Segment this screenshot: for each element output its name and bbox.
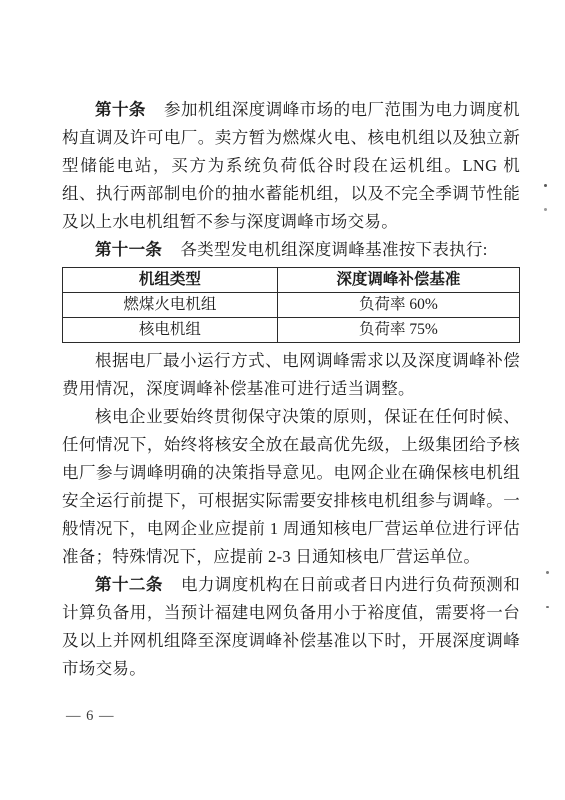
table-header-benchmark: 深度调峰补偿基准 (277, 268, 519, 293)
nuclear-safety-paragraph: 核电企业要始终贯彻保守决策的原则，保证在任何时候、任何情况下，始终将核安全放在最… (62, 403, 520, 571)
article-12-paragraph: 第十二条电力调度机构在日前或者日内进行负荷预测和计算负备用，当预计福建电网负备用… (62, 571, 520, 683)
table-cell-benchmark: 负荷率 60% (277, 293, 519, 318)
adjustment-paragraph: 根据电厂最小运行方式、电网调峰需求以及深度调峰补偿费用情况，深度调峰补偿基准可进… (62, 347, 520, 403)
table-row: 燃煤火电机组 负荷率 60% (63, 293, 520, 318)
nuclear-safety-text: 核电企业要始终贯彻保守决策的原则，保证在任何时候、任何情况下，始终将核安全放在最… (62, 407, 520, 566)
article-11-text: 各类型发电机组深度调峰基准按下表执行: (180, 240, 487, 259)
table-header-unit-type: 机组类型 (63, 268, 278, 293)
table-cell-benchmark: 负荷率 75% (277, 318, 519, 343)
scan-speckle (544, 208, 547, 211)
scan-speckle (546, 606, 549, 608)
compensation-benchmark-table: 机组类型 深度调峰补偿基准 燃煤火电机组 负荷率 60% 核电机组 负荷率 75… (62, 267, 520, 343)
adjustment-text: 根据电厂最小运行方式、电网调峰需求以及深度调峰补偿费用情况，深度调峰补偿基准可进… (62, 351, 520, 398)
page-number: — 6 — (66, 708, 115, 725)
article-11-label: 第十一条 (95, 240, 180, 259)
table-row: 核电机组 负荷率 75% (63, 318, 520, 343)
table-cell-unit-type: 燃煤火电机组 (63, 293, 278, 318)
scan-speckle (546, 571, 549, 574)
article-10-text: 参加机组深度调峰市场的电厂范围为电力调度机构直调及许可电厂。卖方暂为燃煤火电、核… (62, 100, 520, 231)
table-header-row: 机组类型 深度调峰补偿基准 (63, 268, 520, 293)
article-10-label: 第十条 (95, 100, 164, 119)
article-10-paragraph: 第十条参加机组深度调峰市场的电厂范围为电力调度机构直调及许可电厂。卖方暂为燃煤火… (62, 96, 520, 236)
scan-speckle (544, 184, 547, 187)
table-cell-unit-type: 核电机组 (63, 318, 278, 343)
article-12-label: 第十二条 (95, 575, 181, 594)
document-body: 第十条参加机组深度调峰市场的电厂范围为电力调度机构直调及许可电厂。卖方暂为燃煤火… (62, 96, 520, 683)
document-page: 第十条参加机组深度调峰市场的电厂范围为电力调度机构直调及许可电厂。卖方暂为燃煤火… (0, 0, 565, 800)
article-11-paragraph: 第十一条各类型发电机组深度调峰基准按下表执行: (62, 236, 520, 264)
